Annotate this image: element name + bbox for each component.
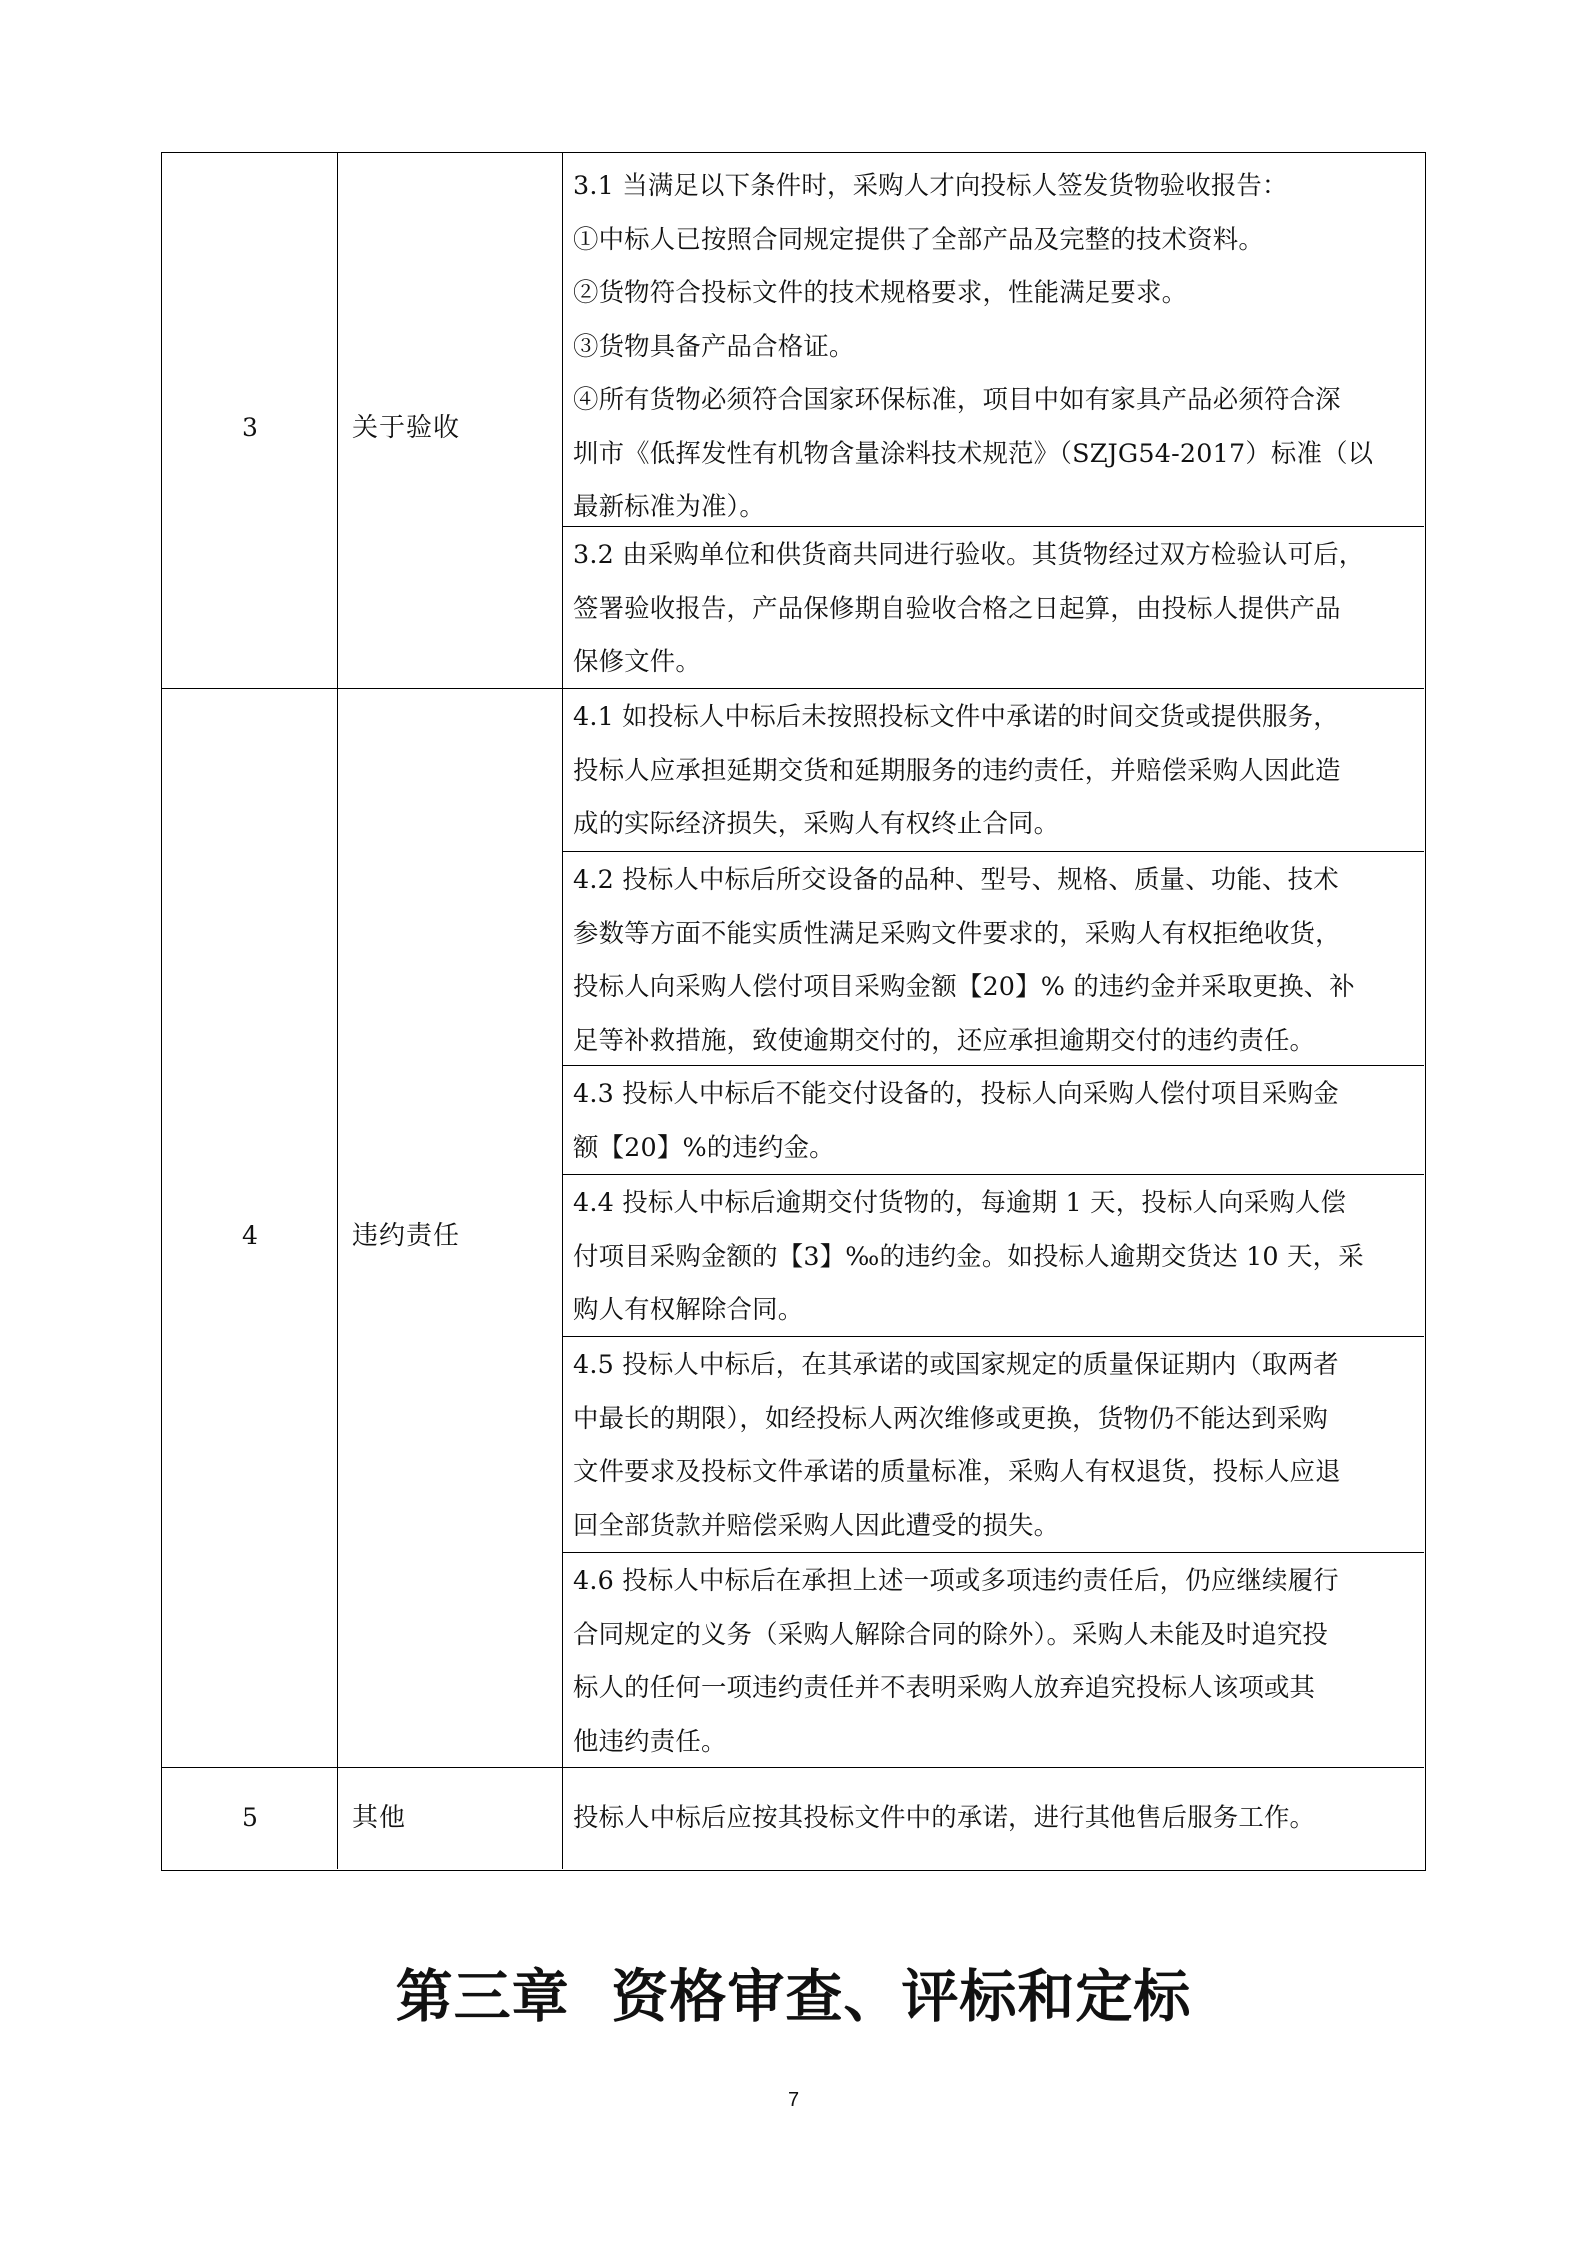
row-number: 4	[162, 1221, 338, 1251]
clause-line: 合同规定的义务（采购人解除合同的除外）。采购人未能及时追究投	[573, 1608, 1413, 1662]
clause-line: 文件要求及投标文件承诺的质量标准，采购人有权退货，投标人应退	[573, 1445, 1413, 1499]
clause-4.5: 4.5 投标人中标后，在其承诺的或国家规定的质量保证期内（取两者 中最长的期限）…	[573, 1338, 1413, 1552]
chapter-heading: 第三章 资格审查、评标和定标	[0, 1962, 1587, 2032]
clause-line: 3.1 当满足以下条件时，采购人才向投标人签发货物验收报告：	[573, 159, 1413, 213]
clause-line: 回全部货款并赔偿采购人因此遭受的损失。	[573, 1499, 1413, 1553]
clause-line: 3.2 由采购单位和供货商共同进行验收。其货物经过双方检验认可后，	[573, 528, 1413, 582]
clause-line: 签署验收报告，产品保修期自验收合格之日起算，由投标人提供产品	[573, 582, 1413, 636]
row-label: 关于验收	[352, 413, 460, 443]
clause-divider-4.1-4.2	[562, 851, 1424, 852]
clause-4.2: 4.2 投标人中标后所交设备的品种、型号、规格、质量、功能、技术 参数等方面不能…	[573, 853, 1413, 1067]
clause-line: 付项目采购金额的【3】‰的违约金。如投标人逾期交货达 10 天，采	[573, 1230, 1413, 1284]
clause-line: 购人有权解除合同。	[573, 1283, 1413, 1337]
clause-line: 中最长的期限），如经投标人两次维修或更换，货物仍不能达到采购	[573, 1392, 1413, 1446]
clause-line: 额【20】%的违约金。	[573, 1121, 1413, 1175]
clause-line: 4.6 投标人中标后在承担上述一项或多项违约责任后，仍应继续履行	[573, 1554, 1413, 1608]
clause-line: 投标人应承担延期交货和延期服务的违约责任，并赔偿采购人因此造	[573, 744, 1413, 798]
clause-3.2: 3.2 由采购单位和供货商共同进行验收。其货物经过双方检验认可后， 签署验收报告…	[573, 528, 1413, 689]
row-label: 其他	[352, 1803, 406, 1833]
page-number: 7	[0, 2088, 1587, 2112]
clause-line: 标人的任何一项违约责任并不表明采购人放弃追究投标人该项或其	[573, 1661, 1413, 1715]
clause-line: 4.3 投标人中标后不能交付设备的，投标人向采购人偿付项目采购金	[573, 1067, 1413, 1121]
clause-line: ①中标人已按照合同规定提供了全部产品及完整的技术资料。	[573, 213, 1413, 267]
row-number: 5	[162, 1803, 338, 1833]
clause-line: 圳市《低挥发性有机物含量涂料技术规范》（SZJG54-2017）标准（以	[573, 427, 1413, 481]
clause-5: 投标人中标后应按其投标文件中的承诺，进行其他售后服务工作。	[573, 1791, 1413, 1845]
clause-line: 4.5 投标人中标后，在其承诺的或国家规定的质量保证期内（取两者	[573, 1338, 1413, 1392]
clause-line: ②货物符合投标文件的技术规格要求，性能满足要求。	[573, 266, 1413, 320]
column-divider-1	[337, 153, 338, 1869]
column-divider-2	[562, 153, 563, 1869]
clause-line: 足等补救措施，致使逾期交付的，还应承担逾期交付的违约责任。	[573, 1014, 1413, 1068]
clause-line: 投标人向采购人偿付项目采购金额【20】% 的违约金并采取更换、补	[573, 960, 1413, 1014]
clause-4.1: 4.1 如投标人中标后未按照投标文件中承诺的时间交货或提供服务， 投标人应承担延…	[573, 690, 1413, 851]
clause-4.4: 4.4 投标人中标后逾期交付货物的，每逾期 1 天，投标人向采购人偿 付项目采购…	[573, 1176, 1413, 1337]
clause-line: 最新标准为准）。	[573, 480, 1413, 534]
clause-line: ③货物具备产品合格证。	[573, 320, 1413, 374]
clause-line: 4.2 投标人中标后所交设备的品种、型号、规格、质量、功能、技术	[573, 853, 1413, 907]
clause-line: ④所有货物必须符合国家环保标准，项目中如有家具产品必须符合深	[573, 373, 1413, 427]
document-page: 3 关于验收 3.1 当满足以下条件时，采购人才向投标人签发货物验收报告： ①中…	[0, 0, 1587, 2245]
clause-line: 成的实际经济损失，采购人有权终止合同。	[573, 797, 1413, 851]
clause-line: 保修文件。	[573, 635, 1413, 689]
clause-line: 他违约责任。	[573, 1715, 1413, 1769]
clause-4.6: 4.6 投标人中标后在承担上述一项或多项违约责任后，仍应继续履行 合同规定的义务…	[573, 1554, 1413, 1768]
clause-line: 4.1 如投标人中标后未按照投标文件中承诺的时间交货或提供服务，	[573, 690, 1413, 744]
clause-line: 投标人中标后应按其投标文件中的承诺，进行其他售后服务工作。	[573, 1791, 1413, 1845]
row-label: 违约责任	[352, 1221, 460, 1251]
clause-line: 参数等方面不能实质性满足采购文件要求的，采购人有权拒绝收货，	[573, 907, 1413, 961]
clause-divider-4.5-4.6	[562, 1552, 1424, 1553]
clause-divider-4.3-4.4	[562, 1174, 1424, 1175]
clause-4.3: 4.3 投标人中标后不能交付设备的，投标人向采购人偿付项目采购金 额【20】%的…	[573, 1067, 1413, 1174]
contract-terms-table: 3 关于验收 3.1 当满足以下条件时，采购人才向投标人签发货物验收报告： ①中…	[161, 152, 1426, 1871]
row-number: 3	[162, 413, 338, 443]
clause-line: 4.4 投标人中标后逾期交付货物的，每逾期 1 天，投标人向采购人偿	[573, 1176, 1413, 1230]
clause-3.1: 3.1 当满足以下条件时，采购人才向投标人签发货物验收报告： ①中标人已按照合同…	[573, 159, 1413, 534]
